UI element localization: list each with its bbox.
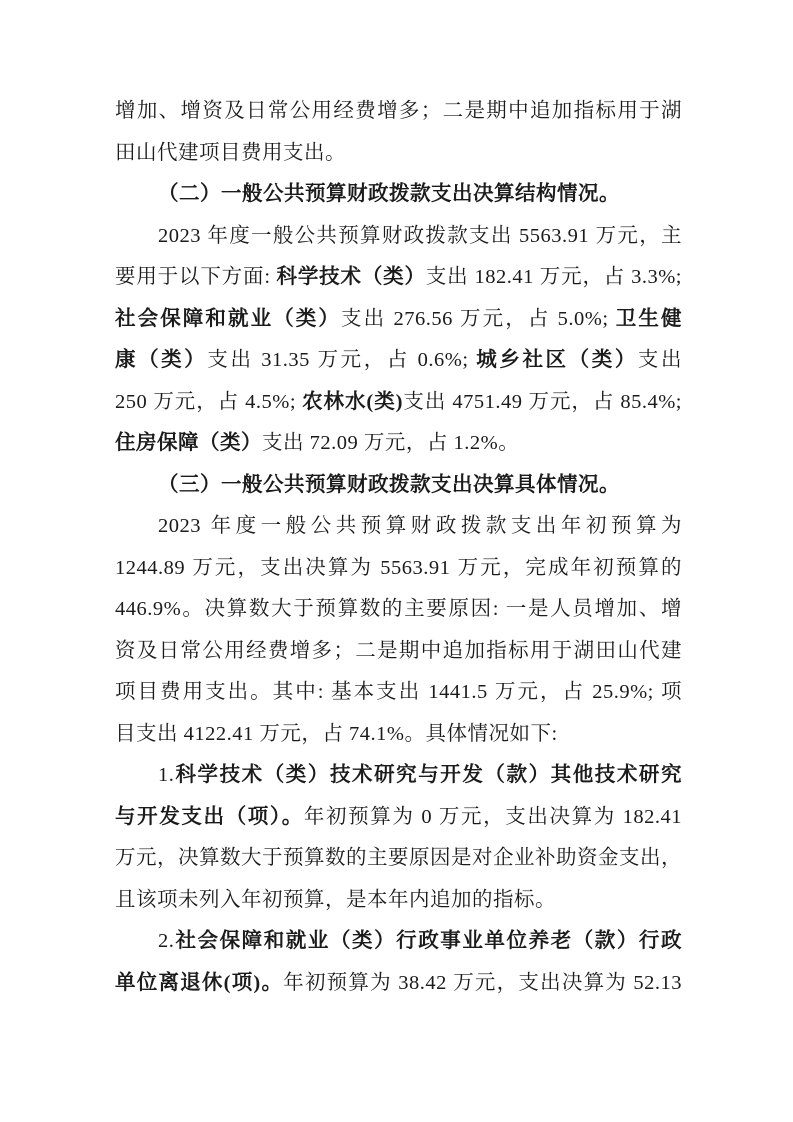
bold-text-segment: 卫生健 [616,308,682,330]
text-segment: 要用于以下方面: [115,266,277,288]
text-segment: 支出 4751.49 万元，占 85.4%; [403,391,682,413]
text-line-19: 万元，决算数大于预算数的主要原因是对企业补助资金支出， [115,838,682,880]
text-segment: 2023 年度一般公共预算财政拨款支出 5563.91 万元，主 [158,225,682,247]
text-line-2: 田山代建项目费用支出。 [115,133,682,175]
bold-text-segment: 单位离退休(项)。 [115,972,283,994]
text-segment: 支出 [638,349,682,371]
text-line-4: 2023 年度一般公共预算财政拨款支出 5563.91 万元，主 [115,216,682,258]
text-segment: 万元，决算数大于预算数的主要原因是对企业补助资金支出， [115,847,682,869]
text-segment: 250 万元，占 4.5%; [115,391,302,413]
text-line-8: 250 万元，占 4.5%; 农林水(类)支出 4751.49 万元，占 85.… [115,382,682,424]
text-line-12: 1244.89 万元，支出决算为 5563.91 万元，完成年初预算的 [115,548,682,590]
text-line-7: 康（类）支出 31.35 万元，占 0.6%; 城乡社区（类）支出 [115,340,682,382]
text-line-14: 资及日常公用经费增多；二是期中追加指标用于湖田山代建 [115,631,682,673]
text-line-17: 1.科学技术（类）技术研究与开发（款）其他技术研究 [115,755,682,797]
text-segment: 2. [158,930,174,952]
text-segment: 1. [158,764,174,786]
text-line-18: 与开发支出（项）。年初预算为 0 万元，支出决算为 182.41 [115,797,682,839]
bold-text-segment: 康（类） [115,349,207,371]
text-segment: 年初预算为 0 万元，支出决算为 182.41 [304,806,682,828]
text-segment: 年初预算为 38.42 万元，支出决算为 52.13 [283,972,682,994]
text-line-13: 446.9%。决算数大于预算数的主要原因: 一是人员增加、增 [115,589,682,631]
text-line-21: 2.社会保障和就业（类）行政事业单位养老（款）行政 [115,921,682,963]
bold-text-segment: 与开发支出（项）。 [115,806,304,828]
text-segment: 资及日常公用经费增多；二是期中追加指标用于湖田山代建 [115,640,682,662]
text-line-22: 单位离退休(项)。年初预算为 38.42 万元，支出决算为 52.13 [115,963,682,1005]
text-line-9: 住房保障（类）支出 72.09 万元，占 1.2%。 [115,423,682,465]
bold-text-segment: 农林水(类) [302,391,403,413]
text-segment: 项目费用支出。其中: 基本支出 1441.5 万元，占 25.9%; 项 [115,681,682,703]
bold-text-segment: 社会保障和就业（类） [115,308,341,330]
section-heading-2: （二）一般公共预算财政拨款支出决算结构情况。 [115,174,682,216]
text-line-5: 要用于以下方面: 科学技术（类）支出 182.41 万元，占 3.3%; [115,257,682,299]
document-page: 增加、增资及日常公用经费增多；二是期中追加指标用于湖田山代建项目费用支出。（二）… [0,0,793,1122]
text-line-15: 项目费用支出。其中: 基本支出 1441.5 万元，占 25.9%; 项 [115,672,682,714]
bold-text-segment: 科学技术（类） [277,266,426,288]
text-segment: 田山代建项目费用支出。 [115,142,346,164]
section-heading-3: （三）一般公共预算财政拨款支出决算具体情况。 [115,465,682,507]
document-body: 增加、增资及日常公用经费增多；二是期中追加指标用于湖田山代建项目费用支出。（二）… [115,91,682,1004]
bold-text-segment: 城乡社区（类） [476,349,638,371]
text-line-6: 社会保障和就业（类）支出 276.56 万元，占 5.0%; 卫生健 [115,299,682,341]
text-segment: 446.9%。决算数大于预算数的主要原因: 一是人员增加、增 [115,598,682,620]
text-line-20: 且该项未列入年初预算，是本年内追加的指标。 [115,880,682,922]
bold-text-segment: （二）一般公共预算财政拨款支出决算结构情况。 [158,183,620,205]
text-segment: 且该项未列入年初预算，是本年内追加的指标。 [115,889,556,911]
text-segment: 1244.89 万元，支出决算为 5563.91 万元，完成年初预算的 [115,557,682,579]
text-segment: 支出 72.09 万元，占 1.2%。 [262,432,519,454]
text-segment: 支出 31.35 万元，占 0.6%; [207,349,476,371]
text-segment: 支出 276.56 万元，占 5.0%; [341,308,616,330]
bold-text-segment: 社会保障和就业（类）行政事业单位养老（款）行政 [174,930,682,952]
bold-text-segment: （三）一般公共预算财政拨款支出决算具体情况。 [158,474,620,496]
text-segment: 支出 182.41 万元，占 3.3%; [426,266,682,288]
text-segment: 2023 年度一般公共预算财政拨款支出年初预算为 [158,515,682,537]
text-line-11: 2023 年度一般公共预算财政拨款支出年初预算为 [115,506,682,548]
bold-text-segment: 科学技术（类）技术研究与开发（款）其他技术研究 [174,764,682,786]
text-segment: 目支出 4122.41 万元，占 74.1%。具体情况如下: [115,723,558,745]
text-segment: 增加、增资及日常公用经费增多；二是期中追加指标用于湖 [115,100,682,122]
text-line-16: 目支出 4122.41 万元，占 74.1%。具体情况如下: [115,714,682,756]
bold-text-segment: 住房保障（类） [115,432,262,454]
text-line-1: 增加、增资及日常公用经费增多；二是期中追加指标用于湖 [115,91,682,133]
